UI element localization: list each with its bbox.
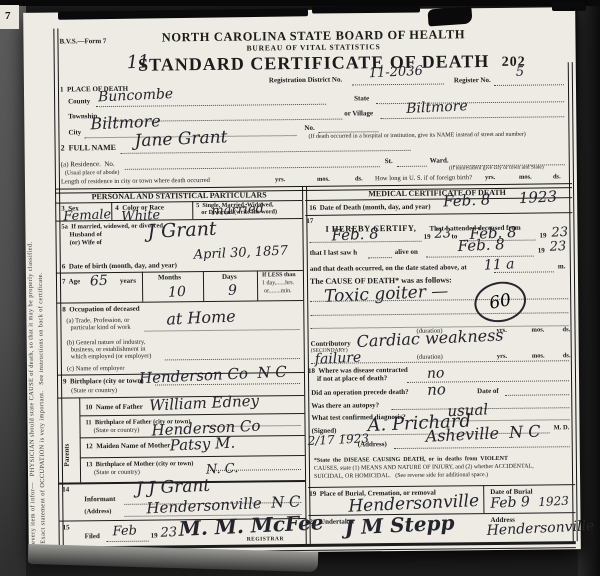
father-name-value: William Edney [149, 394, 259, 414]
dotted-line [376, 100, 564, 104]
village-label: or Village [344, 110, 373, 118]
informant-value: J J Grant [136, 478, 211, 498]
mos-label: mos. [519, 175, 532, 182]
dotted-line [352, 83, 444, 86]
filed-year-prefix: 19 [151, 533, 158, 540]
certify-number: 17 [306, 218, 313, 225]
county-label: County [68, 98, 90, 106]
informant-label: Informant [84, 496, 115, 504]
full-name-label: 2 FULL NAME [61, 144, 116, 153]
dotted-line [165, 357, 300, 360]
registrar-signature: M. M. McFee [178, 512, 324, 539]
cell-divider [483, 485, 484, 513]
burial-date-value: Feb 9 [490, 495, 530, 511]
certificate-title: STANDARD CERTIFICATE OF DEATH [134, 52, 494, 75]
disease-contracted-label-2: if not at place of death? [317, 375, 387, 383]
mos-label: mos. [317, 177, 330, 184]
last-saw-value: Feb. 8 [457, 237, 505, 254]
dotted-line [125, 165, 380, 170]
dotted-line [494, 83, 564, 86]
dotted-line [397, 165, 427, 167]
scan-artifact [312, 5, 420, 13]
mother-name-value: Patsy M. [169, 436, 235, 454]
ds-label: ds. [553, 174, 561, 181]
death-occurred-label: and that death occurred, on the date sta… [310, 264, 467, 273]
alive-on-label: alive on [395, 249, 418, 257]
sign-address-label: (Address) [358, 441, 387, 449]
date-of-birth-value: April 30, 1857 [193, 245, 288, 262]
informant-number: 14 [62, 486, 69, 493]
md-label: M. D. [554, 425, 570, 432]
corner-mark: 7 [5, 10, 11, 22]
scanner-background-right [578, 0, 600, 576]
date-of-death-label: 16 Date of Death (month, day, and year) [309, 204, 430, 213]
filed-label: Filed [85, 533, 100, 541]
birthplace-state-note: (State or country) [71, 388, 117, 395]
autopsy-label: Was there an autopsy? [311, 402, 379, 410]
registration-district-value: 11-2036 [369, 65, 424, 80]
contributory-value: Cardiac weakness [356, 327, 504, 350]
ds-label: ds. [562, 327, 570, 334]
mother-name-label: 12 Maiden Name of Mother [86, 442, 171, 450]
row-line [80, 455, 305, 458]
cell-divider [111, 202, 112, 220]
disease-contracted-value: no [427, 366, 445, 381]
lastsaw-year-value: 23 [549, 240, 566, 254]
county-value: Buncombe [98, 87, 174, 104]
if-less-label-2: 1 day,......hrs. [262, 280, 294, 287]
state-label: State [354, 95, 369, 103]
row-line [305, 212, 572, 216]
ds-label: ds. [355, 176, 363, 183]
full-name-value: Jane Grant [134, 129, 228, 150]
scan-artifact [552, 2, 586, 11]
abode-note: (Usual place of abode) [65, 170, 120, 177]
undertaker-address-value: Hendersonville [486, 519, 594, 538]
mother-birthplace-note: (State or country) [94, 470, 140, 477]
months-label: Months [158, 274, 181, 282]
date-of-death-value: Feb. 8 1923 [443, 189, 558, 209]
length-of-residence-label: Length of residence in city or town wher… [61, 178, 210, 186]
dotted-line [107, 540, 149, 542]
father-birthplace-note: (State or country) [94, 428, 140, 435]
occupation-label: 8 Occupation of deceased [62, 306, 139, 314]
spouse-value: J Grant [147, 220, 217, 242]
years-label: years [120, 278, 136, 286]
street-no-label: No. [304, 125, 314, 132]
footnote-line-3: SUICIDAL, OR HOMICIDAL. (See reverse sid… [314, 472, 488, 480]
scanner-background-left [0, 0, 26, 576]
sign-address-value: Asheville N C [425, 424, 541, 445]
occupation-a-label-2: particular kind of work [70, 325, 130, 332]
cell-divider [142, 272, 143, 302]
if-less-label-3: or........min. [264, 288, 292, 295]
contributory-value-2: failure [315, 351, 362, 367]
register-no-value: 5 [516, 66, 525, 79]
to-year-value: 23 [551, 226, 568, 240]
filed-year-value: 23 [160, 526, 177, 540]
mother-birthplace-value: N. C. [206, 462, 239, 476]
form-border-right [568, 62, 578, 541]
cell-divider [203, 271, 204, 301]
cell-divider [257, 270, 258, 300]
corner-tab: 7 [0, 5, 19, 29]
f5a-label-3: (or) Wife of [70, 240, 102, 247]
ward-label: Ward. [430, 157, 449, 165]
registrar-label: REGISTRAR [247, 537, 284, 543]
from-year-value: 23 [434, 227, 451, 241]
birthplace-label: 9 Birthplace (city or town) [63, 378, 144, 386]
row-line [56, 300, 303, 304]
village-value: Biltmore [406, 99, 468, 116]
last-saw-label: that I last saw h [310, 249, 358, 257]
mos-label: mos. [532, 327, 545, 334]
filed-date-value: Feb [112, 524, 137, 538]
form-border-left [53, 29, 63, 547]
footnote-line-1: *State the DISEASE CAUSING DEATH, or in … [314, 456, 508, 464]
from-year-prefix: 19 [424, 234, 431, 241]
age-days-value: 9 [228, 284, 238, 298]
age-years-value: 65 [90, 274, 108, 289]
cause-of-death-value: Toxic goiter — [324, 283, 449, 306]
occupation-b-label-3: which employed (or employer) [71, 354, 152, 362]
marital-value: married [211, 202, 264, 217]
operation-value: no [427, 382, 446, 398]
attended-from-value: Feb. 8 [331, 226, 379, 243]
father-name-label: 10 Name of Father [85, 404, 143, 412]
age-months-value: 10 [168, 285, 186, 300]
if-less-label-1: If LESS than [262, 272, 296, 279]
form-number: B.V.S.—Form 7 [59, 38, 106, 46]
operation-label: Did an operation precede death? [311, 389, 409, 397]
parents-label: Parents [63, 412, 71, 466]
how-long-us-label: How long in U. S. if of foreign birth? [375, 175, 472, 183]
cell-divider [192, 201, 193, 219]
footnote-line-2: CAUSES, state (1) MEANS AND NATURE OF IN… [314, 464, 534, 473]
yrs-label: yrs. [485, 175, 495, 182]
register-no-label: Register No. [454, 77, 491, 85]
scan-artifact [427, 6, 472, 26]
dotted-line [394, 445, 570, 449]
lastsaw-year-prefix: 19 [538, 247, 545, 254]
scan-artifact [0, 0, 600, 6]
residence-label: (a) Residence. No. [61, 161, 115, 169]
dotted-line [505, 393, 569, 396]
age-label: 7 Age [62, 278, 80, 286]
cause-code-circle: 60 [471, 277, 529, 326]
dotted-line [368, 256, 392, 258]
date-of-label: Date of [477, 388, 499, 396]
st-label: St. [385, 158, 393, 165]
row-line [308, 484, 575, 488]
nonresident-note: (If nonresident give city or town and St… [449, 165, 544, 172]
undertaker-signature: J M Stepp [344, 513, 455, 538]
filed-number: 15 [63, 524, 70, 531]
date-of-birth-label: 6 Date of birth (month, day, and year) [62, 262, 177, 271]
row-line [79, 413, 304, 416]
occupation-c-label: (c) Name of employer [67, 366, 125, 373]
yrs-label: yrs. [275, 177, 285, 184]
m-label: m. [558, 263, 566, 270]
city-value: Biltmore [90, 113, 161, 132]
registration-district-label: Registration District No. [269, 77, 342, 85]
informant-address-label: (Address) [84, 509, 111, 516]
dotted-line [426, 255, 534, 258]
city-label: City [68, 129, 81, 136]
certificate-page: every item of infor— PHYSICIAN should st… [23, 7, 581, 555]
days-label: Days [222, 274, 237, 281]
parents-column-divider [79, 397, 81, 482]
dotted-line [310, 311, 568, 316]
to-year-prefix: 19 [540, 232, 547, 239]
margin-note-inner: Exact statement of OCCUPATION is very im… [34, 39, 46, 544]
occupation-value: at Home [166, 308, 236, 327]
death-time-value: 11 a [484, 257, 515, 272]
hospital-note: (If death occurred in a hospital or inst… [308, 132, 525, 141]
scanned-death-certificate: every item of infor— PHYSICIAN should st… [0, 0, 600, 576]
burial-year-value: 1923 [538, 495, 569, 508]
